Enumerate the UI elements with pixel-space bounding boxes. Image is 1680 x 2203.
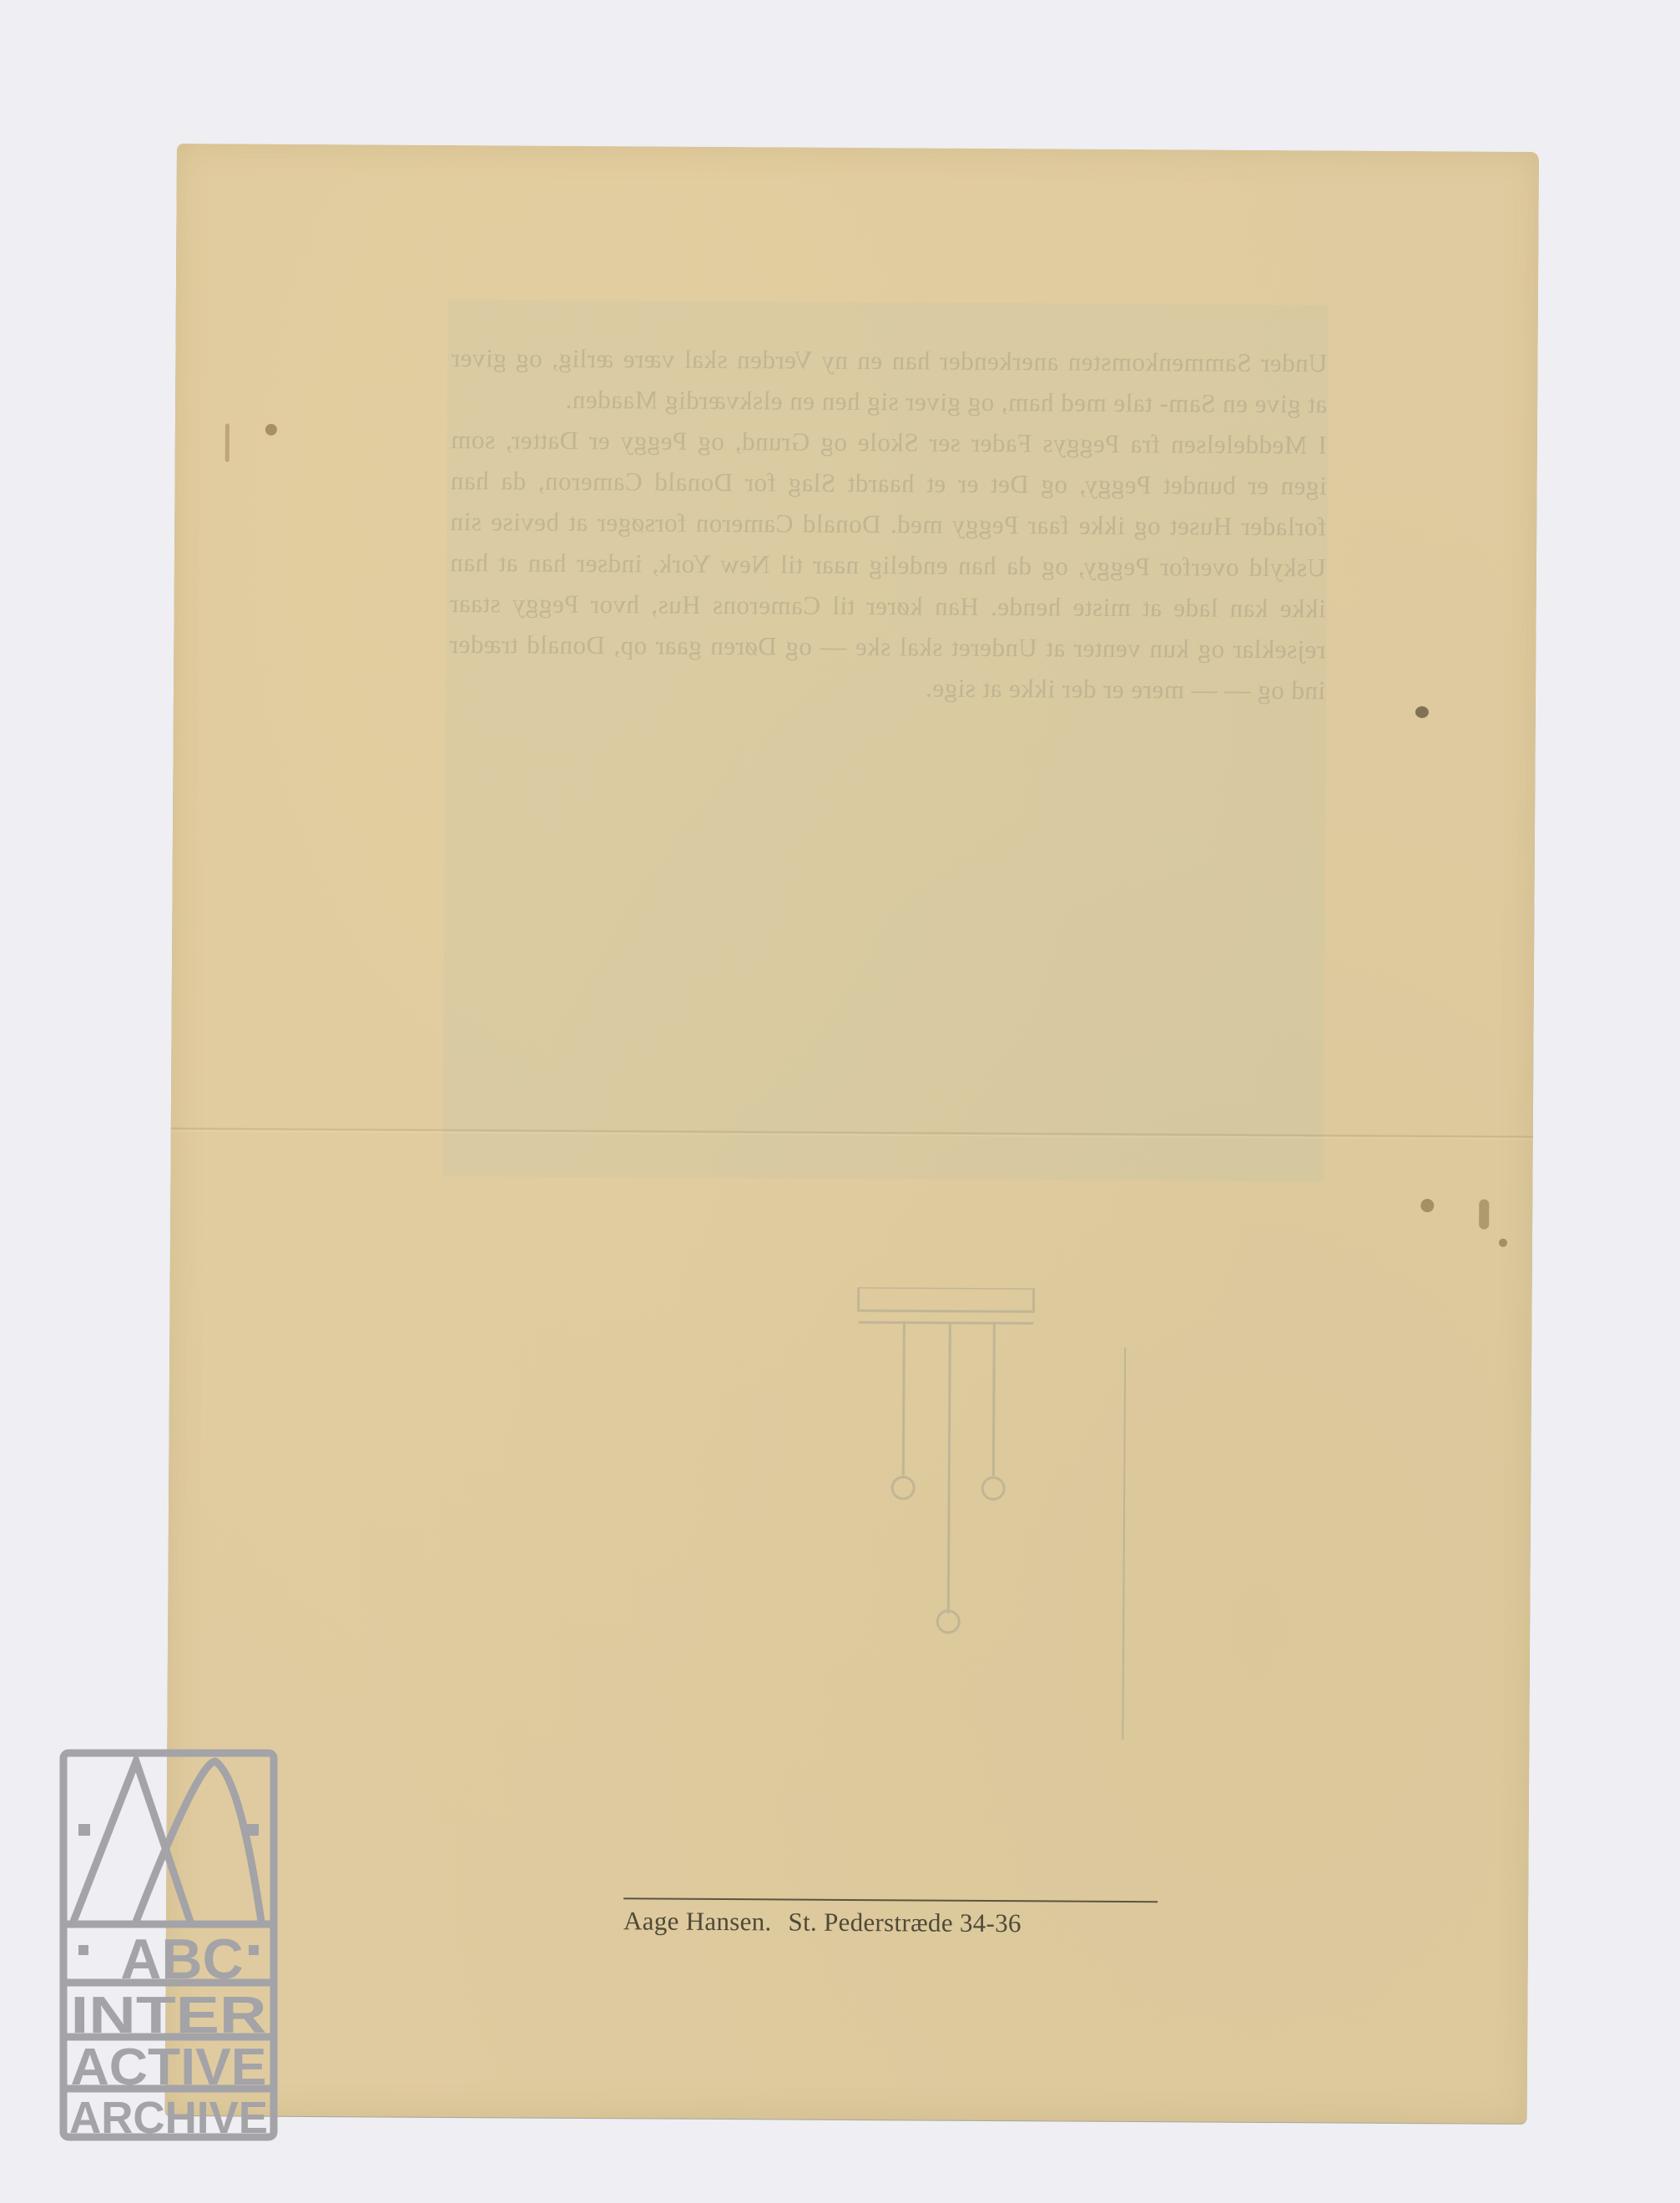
stain — [1499, 1239, 1507, 1247]
leaflet-page: Under Sammenkomsten anerkender han en ny… — [165, 144, 1539, 2124]
stain — [1420, 1199, 1434, 1212]
printer-imprint: Aage Hansen.St. Pederstræde 34-36 — [623, 1906, 1158, 1939]
bleed-paragraph: I Meddelelsen fra Peggys Fader ser Skole… — [449, 419, 1327, 710]
logo-line: ACTIVE — [71, 2039, 267, 2096]
stain — [265, 424, 277, 436]
stain — [1479, 1200, 1489, 1230]
bleed-through-text: Under Sammenkomsten anerkender han en ny… — [449, 337, 1328, 710]
bleed-through-diagram — [826, 1287, 1163, 1756]
archive-monogram-icon: ABC INTER ACTIVE ARCHIVE — [57, 1745, 280, 2147]
stain — [225, 423, 230, 462]
footer-rule — [623, 1897, 1158, 1902]
printer-address: St. Pederstræde 34-36 — [788, 1907, 1021, 1938]
abc-interactive-archive-logo: ABC INTER ACTIVE ARCHIVE — [57, 1745, 280, 2147]
printer-name: Aage Hansen. — [623, 1906, 772, 1936]
stain — [1415, 706, 1429, 718]
bleed-paragraph: Under Sammenkomsten anerkender han en ny… — [451, 337, 1328, 424]
logo-line: ARCHIVE — [69, 2093, 268, 2143]
logo-line: INTER — [71, 1987, 267, 2044]
logo-line: ABC — [120, 1928, 243, 1991]
